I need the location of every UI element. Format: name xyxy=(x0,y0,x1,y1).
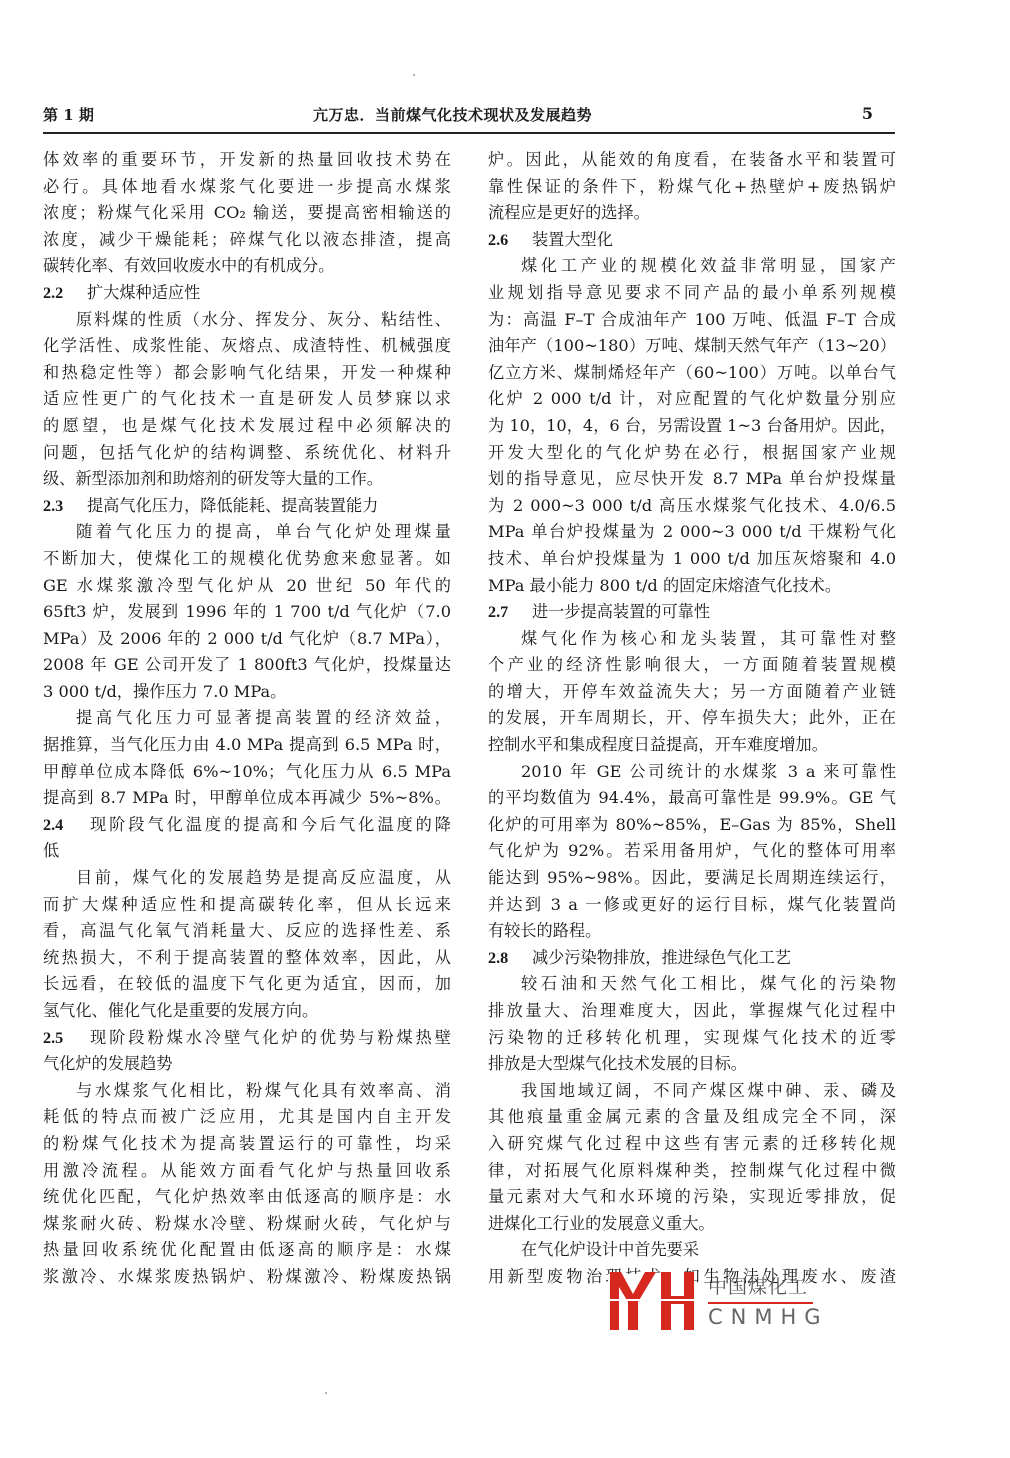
text-line: 炉。因此，从能效的角度看，在装备水平和装置可 xyxy=(488,147,896,174)
text-line: 个产业的经济性影响很大，一方面随着装置规模 xyxy=(488,652,896,679)
text-line: 开发大型化的气化炉势在必行，根据国家产业规 xyxy=(488,440,896,467)
text-line: 浆激冷、水煤浆废热锅炉、粉煤激冷、粉煤废热锅 xyxy=(43,1264,451,1291)
text-line: 在气化炉设计中首先要采 xyxy=(488,1237,896,1264)
text-line: 用激冷流程。从能效方面看气化炉与热量回收系 xyxy=(43,1158,451,1185)
text-line: 亿立方米、煤制烯烃年产（60~100）万吨。以单台气 xyxy=(488,360,896,387)
page-number: 5 xyxy=(862,104,873,123)
text-line: 油年产（100~180）万吨、煤制天然气年产（13~20） xyxy=(488,333,896,360)
text-line: 浓度，减少干燥能耗；碎煤气化以液态排渣，提高 xyxy=(43,227,451,254)
section-heading-2-2: 2.2扩大煤种适应性 xyxy=(43,280,451,307)
text-line: 长远看，在较低的温度下气化更为适宜，因而，加 xyxy=(43,971,451,998)
section-heading-2-6: 2.6装置大型化 xyxy=(488,227,896,254)
text-line: MPa 最小能力 800 t/d 的固定床熔渣气化技术。 xyxy=(488,573,896,600)
section-title: 进一步提高装置的可靠性 xyxy=(532,602,710,621)
section-number: 2.5 xyxy=(43,1025,87,1052)
text-line: 2010 年 GE 公司统计的水煤浆 3 a 来可靠性 xyxy=(488,759,896,786)
text-line: 提高到 8.7 MPa 时，甲醇单位成本再减少 5%~8%。 xyxy=(43,785,451,812)
text-line: 氢气化、催化气化是重要的发展方向。 xyxy=(43,998,451,1025)
text-line: MPa 单台炉投煤量为 2 000~3 000 t/d 干煤粉气化 xyxy=(488,519,896,546)
running-header: 第 1 期 亢万忠．当前煤气化技术现状及发展趋势 5 xyxy=(43,104,895,126)
section-title: 扩大煤种适应性 xyxy=(87,283,200,302)
text-line: 不断加大，使煤化工的规模化优势愈来愈显著。如 xyxy=(43,546,451,573)
text-line: 原料煤的性质（水分、挥发分、灰分、粘结性、 xyxy=(43,307,451,334)
section-number: 2.4 xyxy=(43,812,87,839)
text-line: 2008 年 GE 公司开发了 1 800ft3 气化炉，投煤量达 xyxy=(43,652,451,679)
text-line: 入研究煤气化过程中这些有害元素的迁移转化规 xyxy=(488,1131,896,1158)
watermark-en-text: CNMHG xyxy=(708,1305,829,1329)
text-line: 65ft3 炉，发展到 1996 年的 1 700 t/d 气化炉（7.0 xyxy=(43,599,451,626)
text-line: 为 2 000~3 000 t/d 高压水煤浆气化技术、4.0/6.5 xyxy=(488,493,896,520)
text-line: 的增大，开停车效益流失大；另一方面随着产业链 xyxy=(488,679,896,706)
text-line: 为：高温 F–T 合成油年产 100 万吨、低温 F–T 合成 xyxy=(488,307,896,334)
text-line: 排放是大型煤气化技术发展的目标。 xyxy=(488,1051,896,1078)
text-line: 其他痕量重金属元素的含量及组成完全不同，深 xyxy=(488,1104,896,1131)
text-line: 排放量大、治理难度大，因此，掌握煤气化过程中 xyxy=(488,998,896,1025)
text-line: 而扩大煤种适应性和提高碳转化率，但从长远来 xyxy=(43,892,451,919)
text-line: 较石油和天然气化工相比，煤气化的污染物 xyxy=(488,971,896,998)
cnmhg-logo-icon xyxy=(608,1268,694,1330)
text-line: 耗低的特点而被广泛应用，尤其是国内自主开发 xyxy=(43,1104,451,1131)
text-line: 级、新型添加剂和助熔剂的研发等大量的工作。 xyxy=(43,466,451,493)
text-line: 统热损大，不利于提高装置的整体效率，因此，从 xyxy=(43,945,451,972)
text-line: 与水煤浆气化相比，粉煤气化具有效率高、消 xyxy=(43,1078,451,1105)
text-line: 热量回收系统优化配置由低逐高的顺序是：水煤 xyxy=(43,1237,451,1264)
text-line: 的发展，开车周期长，开、停车损失大；此外，正在 xyxy=(488,705,896,732)
watermark-cn-text: 中国煤化工 xyxy=(708,1272,808,1299)
text-line: 为 10，10，4，6 台，另需设置 1~3 台备用炉。因此， xyxy=(488,413,896,440)
section-number: 2.7 xyxy=(488,599,532,626)
text-line: 目前，煤气化的发展趋势是提高反应温度，从 xyxy=(43,865,451,892)
text-line: 化炉 2 000 t/d 计，对应配置的气化炉数量分别应 xyxy=(488,386,896,413)
text-line: 体效率的重要环节，开发新的热量回收技术势在 xyxy=(43,147,451,174)
text-line: 业规划指导意见要求不同产品的最小单系列规模 xyxy=(488,280,896,307)
text-line: 和热稳定性等）都会影响气化结果，开发一种煤种 xyxy=(43,360,451,387)
text-line: MPa）及 2006 年的 2 000 t/d 气化炉（8.7 MPa）， xyxy=(43,626,451,653)
section-number: 2.3 xyxy=(43,493,87,520)
scan-speck xyxy=(413,74,415,76)
watermark-logo: 中国煤化工 CNMHG xyxy=(608,1268,868,1348)
text-line: 看，高温气化氧气消耗量大、反应的选择性差、系 xyxy=(43,918,451,945)
text-line: 3 000 t/d，操作压力 7.0 MPa。 xyxy=(43,679,451,706)
text-line: 有较长的路程。 xyxy=(488,918,896,945)
scan-speck xyxy=(325,1392,327,1394)
text-line: 量元素对大气和水环境的污染，实现近零排放，促 xyxy=(488,1184,896,1211)
text-line: 污染物的迁移转化机理，实现煤气化技术的近零 xyxy=(488,1025,896,1052)
section-title: 装置大型化 xyxy=(532,230,613,249)
text-line: 技术、单台炉投煤量为 1 000 t/d 加压灰熔聚和 4.0 xyxy=(488,546,896,573)
text-line: 浓度；粉煤气化采用 CO₂ 输送，要提高密相输送的 xyxy=(43,200,451,227)
text-line: GE 水煤浆激冷型气化炉从 20 世纪 50 年代的 xyxy=(43,573,451,600)
section-heading-2-4: 2.4现阶段气化温度的提高和今后气化温度的降 xyxy=(43,812,451,839)
text-line: 据推算，当气化压力由 4.0 MPa 提高到 6.5 MPa 时， xyxy=(43,732,451,759)
text-line: 律，对拓展气化原料煤种类，控制煤气化过程中微 xyxy=(488,1158,896,1185)
text-line: 的平均数值为 94.4%，最高可靠性是 99.9%。GE 气 xyxy=(488,785,896,812)
section-title-continued: 低 xyxy=(43,838,451,865)
section-title: 提高气化压力，降低能耗、提高装置能力 xyxy=(87,496,378,515)
section-number: 2.6 xyxy=(488,227,532,254)
text-line: 的愿望，也是煤气化技术发展过程中必须解决的 xyxy=(43,413,451,440)
section-heading-2-8: 2.8减少污染物排放，推进绿色气化工艺 xyxy=(488,945,896,972)
text-line: 随着气化压力的提高，单台气化炉处理煤量 xyxy=(43,519,451,546)
text-line: 必行。具体地看水煤浆气化要进一步提高水煤浆 xyxy=(43,174,451,201)
text-fragment: 在气化炉设计中首先要采 xyxy=(521,1240,699,1259)
right-column: 炉。因此，从能效的角度看，在装备水平和装置可 靠性保证的条件下，粉煤气化+热壁炉… xyxy=(488,147,896,1291)
section-number: 2.2 xyxy=(43,280,87,307)
text-line: 煤气化作为核心和龙头装置，其可靠性对整 xyxy=(488,626,896,653)
text-line: 适应性更广的气化技术一直是研发人员梦寐以求 xyxy=(43,386,451,413)
watermark-underline xyxy=(708,1302,813,1304)
text-line: 煤浆耐火砖、粉煤水冷壁、粉煤耐火砖，气化炉与 xyxy=(43,1211,451,1238)
left-column: 体效率的重要环节，开发新的热量回收技术势在 必行。具体地看水煤浆气化要进一步提高… xyxy=(43,147,451,1291)
section-heading-2-3: 2.3提高气化压力，降低能耗、提高装置能力 xyxy=(43,493,451,520)
section-heading-2-7: 2.7进一步提高装置的可靠性 xyxy=(488,599,896,626)
section-title: 现阶段粉煤水冷壁气化炉的优势与粉煤热壁 xyxy=(87,1028,451,1047)
text-line: 煤化工产业的规模化效益非常明显，国家产 xyxy=(488,253,896,280)
header-rule xyxy=(43,132,895,134)
text-line: 气化炉为 92%。若采用备用炉，气化的整体可用率 xyxy=(488,838,896,865)
text-line: 进煤化工行业的发展意义重大。 xyxy=(488,1211,896,1238)
text-line: 问题，包括气化炉的结构调整、系统优化、材料升 xyxy=(43,440,451,467)
section-heading-2-5: 2.5现阶段粉煤水冷壁气化炉的优势与粉煤热壁 xyxy=(43,1025,451,1052)
section-title: 现阶段气化温度的提高和今后气化温度的降 xyxy=(87,815,451,834)
text-line: 靠性保证的条件下，粉煤气化+热壁炉+废热锅炉 xyxy=(488,174,896,201)
section-title-continued: 气化炉的发展趋势 xyxy=(43,1051,451,1078)
text-line: 流程应是更好的选择。 xyxy=(488,200,896,227)
text-line: 并达到 3 a 一修或更好的运行目标，煤气化装置尚 xyxy=(488,892,896,919)
text-line: 能达到 95%~98%。因此，要满足长周期连续运行， xyxy=(488,865,896,892)
text-line: 统优化匹配，气化炉热效率由低逐高的顺序是：水 xyxy=(43,1184,451,1211)
text-line: 我国地域辽阔，不同产煤区煤中砷、汞、磷及 xyxy=(488,1078,896,1105)
text-line: 碳转化率、有效回收废水中的有机成分。 xyxy=(43,253,451,280)
running-title: 亢万忠．当前煤气化技术现状及发展趋势 xyxy=(313,104,592,125)
text-line: 甲醇单位成本降低 6%~10%；气化压力从 6.5 MPa xyxy=(43,759,451,786)
text-line: 提高气化压力可显著提高装置的经济效益， xyxy=(43,705,451,732)
section-number: 2.8 xyxy=(488,945,532,972)
text-line: 化炉的可用率为 80%~85%，E–Gas 为 85%，Shell xyxy=(488,812,896,839)
text-line: 控制水平和集成程度日益提高，开车难度增加。 xyxy=(488,732,896,759)
text-line: 化学活性、成浆性能、灰熔点、成渣特性、机械强度 xyxy=(43,333,451,360)
issue-label: 第 1 期 xyxy=(43,104,94,125)
section-title: 减少污染物排放，推进绿色气化工艺 xyxy=(532,948,791,967)
text-line: 划的指导意见，应尽快开发 8.7 MPa 单台炉投煤量 xyxy=(488,466,896,493)
text-line: 的粉煤气化技术为提高装置运行的可靠性，均采 xyxy=(43,1131,451,1158)
